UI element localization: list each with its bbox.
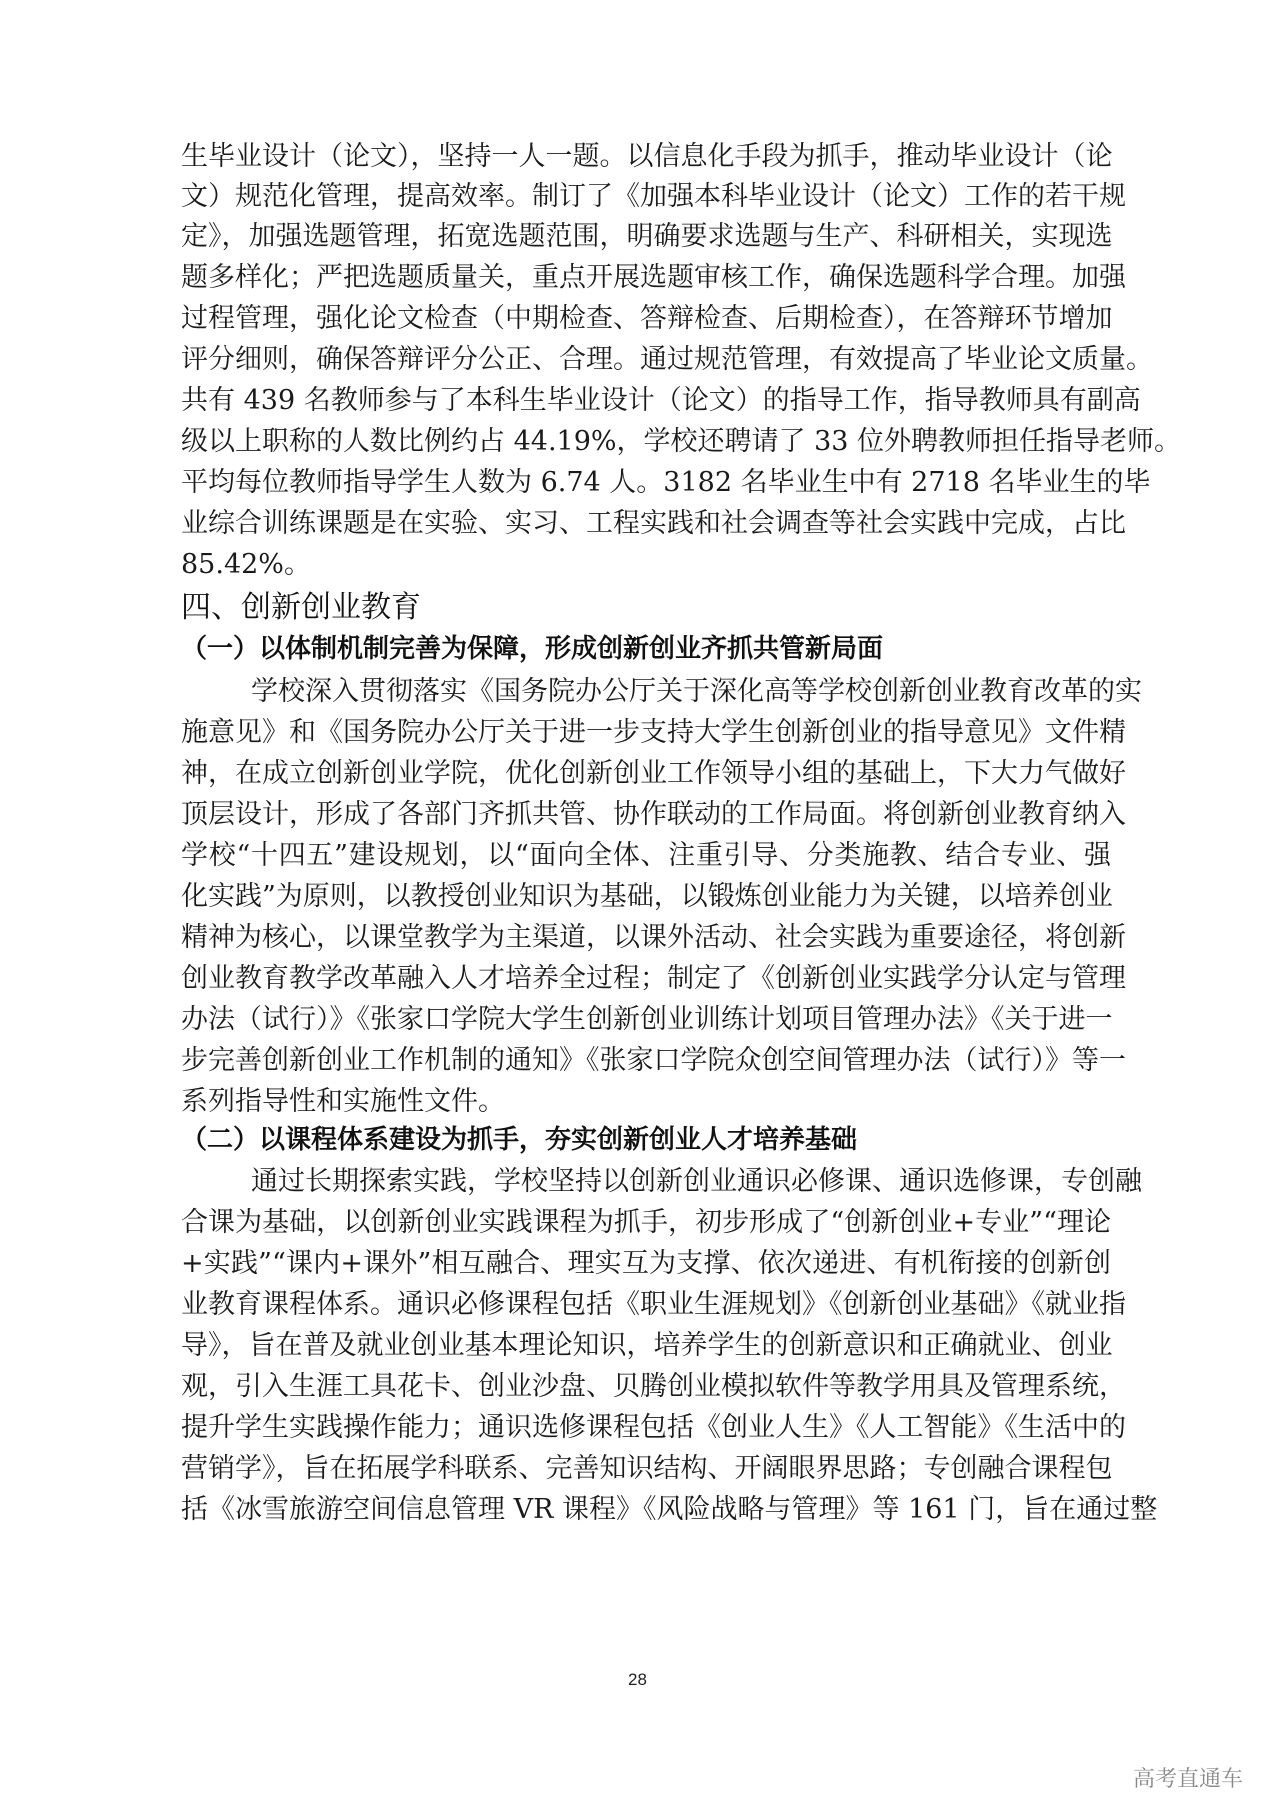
text-line: 系列指导性和实施性文件。 bbox=[181, 1082, 1111, 1122]
watermark: 高考直通车 bbox=[1133, 1762, 1243, 1793]
text-line: 级以上职称的人数比例约占 44.19%，学校还聘请了 33 位外聘教师担任指导老… bbox=[181, 422, 1111, 462]
text-line: 合课为基础，以创新创业实践课程为抓手，初步形成了“创新创业+专业”“理论 bbox=[181, 1203, 1111, 1243]
text-line: 办法（试行）》《张家口学院大学生创新创业训练计划项目管理办法》《关于进一 bbox=[181, 1000, 1111, 1040]
text-line: 通过长期探索实践，学校坚持以创新创业通识必修课、通识选修课，专创融 bbox=[251, 1162, 1111, 1202]
text-line: 化实践”为原则，以教授创业知识为基础，以锻炼创业能力为关键，以培养创业 bbox=[181, 877, 1111, 917]
subsection-heading-2: （二）以课程体系建设为抓手，夯实创新创业人才培养基础 bbox=[181, 1122, 857, 1158]
text-line: 定》，加强选题管理，拓宽选题范围，明确要求选题与生产、科研相关，实现选 bbox=[181, 217, 1111, 257]
text-line: 精神为核心，以课堂教学为主渠道，以课外活动、社会实践为重要途径，将创新 bbox=[181, 918, 1111, 958]
text-line: +实践”“课内+课外”相互融合、理实互为支撑、依次递进、有机衔接的创新创 bbox=[181, 1244, 1111, 1284]
text-line: 平均每位教师指导学生人数为 6.74 人。3182 名毕业生中有 2718 名毕… bbox=[181, 463, 1111, 503]
text-line: 学校“十四五”建设规划，以“面向全体、注重引导、分类施教、结合专业、强 bbox=[181, 836, 1111, 876]
text-line: 创业教育教学改革融入人才培养全过程；制定了《创新创业实践学分认定与管理 bbox=[181, 959, 1111, 999]
page-number: 28 bbox=[628, 1670, 647, 1690]
text-line: 学校深入贯彻落实《国务院办公厅关于深化高等学校创新创业教育改革的实 bbox=[251, 672, 1111, 712]
text-line: 业综合训练课题是在实验、实习、工程实践和社会调查等社会实践中完成，占比 bbox=[181, 504, 1111, 544]
text-line: 提升学生实践操作能力；通识选修课程包括《创业人生》《人工智能》《生活中的 bbox=[181, 1408, 1111, 1448]
text-line: 共有 439 名教师参与了本科生毕业设计（论文）的指导工作，指导教师具有副高 bbox=[181, 381, 1111, 421]
text-line: 85.42%。 bbox=[181, 545, 1111, 585]
text-line: 顶层设计，形成了各部门齐抓共管、协作联动的工作局面。将创新创业教育纳入 bbox=[181, 795, 1111, 835]
text-line: 文）规范化管理，提高效率。制订了《加强本科毕业设计（论文）工作的若干规 bbox=[181, 177, 1111, 217]
text-line: 观，引入生涯工具花卡、创业沙盘、贝腾创业模拟软件等教学用具及管理系统， bbox=[181, 1367, 1111, 1407]
text-line: 步完善创新创业工作机制的通知》《张家口学院众创空间管理办法（试行）》等一 bbox=[181, 1041, 1111, 1081]
text-line: 施意见》和《国务院办公厅关于进一步支持大学生创新创业的指导意见》文件精 bbox=[181, 713, 1111, 753]
text-line: 括《冰雪旅游空间信息管理 VR 课程》《风险战略与管理》等 161 门，旨在通过… bbox=[181, 1490, 1111, 1530]
text-line: 营销学》，旨在拓展学科联系、完善知识结构、开阔眼界思路；专创融合课程包 bbox=[181, 1449, 1111, 1489]
text-line: 评分细则，确保答辩评分公正、合理。通过规范管理，有效提高了毕业论文质量。 bbox=[181, 340, 1111, 380]
section-heading: 四、创新创业教育 bbox=[181, 588, 421, 628]
text-line: 神，在成立创新创业学院，优化创新创业工作领导小组的基础上，下大力气做好 bbox=[181, 754, 1111, 794]
text-line: 题多样化；严把选题质量关，重点开展选题审核工作，确保选题科学合理。加强 bbox=[181, 258, 1111, 298]
subsection-heading-1: （一）以体制机制完善为保障，形成创新创业齐抓共管新局面 bbox=[181, 631, 883, 667]
text-line: 导》，旨在普及就业创业基本理论知识，培养学生的创新意识和正确就业、创业 bbox=[181, 1326, 1111, 1366]
text-line: 过程管理，强化论文检查（中期检查、答辩检查、后期检查），在答辩环节增加 bbox=[181, 299, 1111, 339]
text-line: 生毕业设计（论文），坚持一人一题。以信息化手段为抓手，推动毕业设计（论 bbox=[181, 137, 1111, 177]
document-page: 生毕业设计（论文），坚持一人一题。以信息化手段为抓手，推动毕业设计（论 文）规范… bbox=[0, 0, 1280, 1810]
text-line: 业教育课程体系。通识必修课程包括《职业生涯规划》《创新创业基础》《就业指 bbox=[181, 1285, 1111, 1325]
